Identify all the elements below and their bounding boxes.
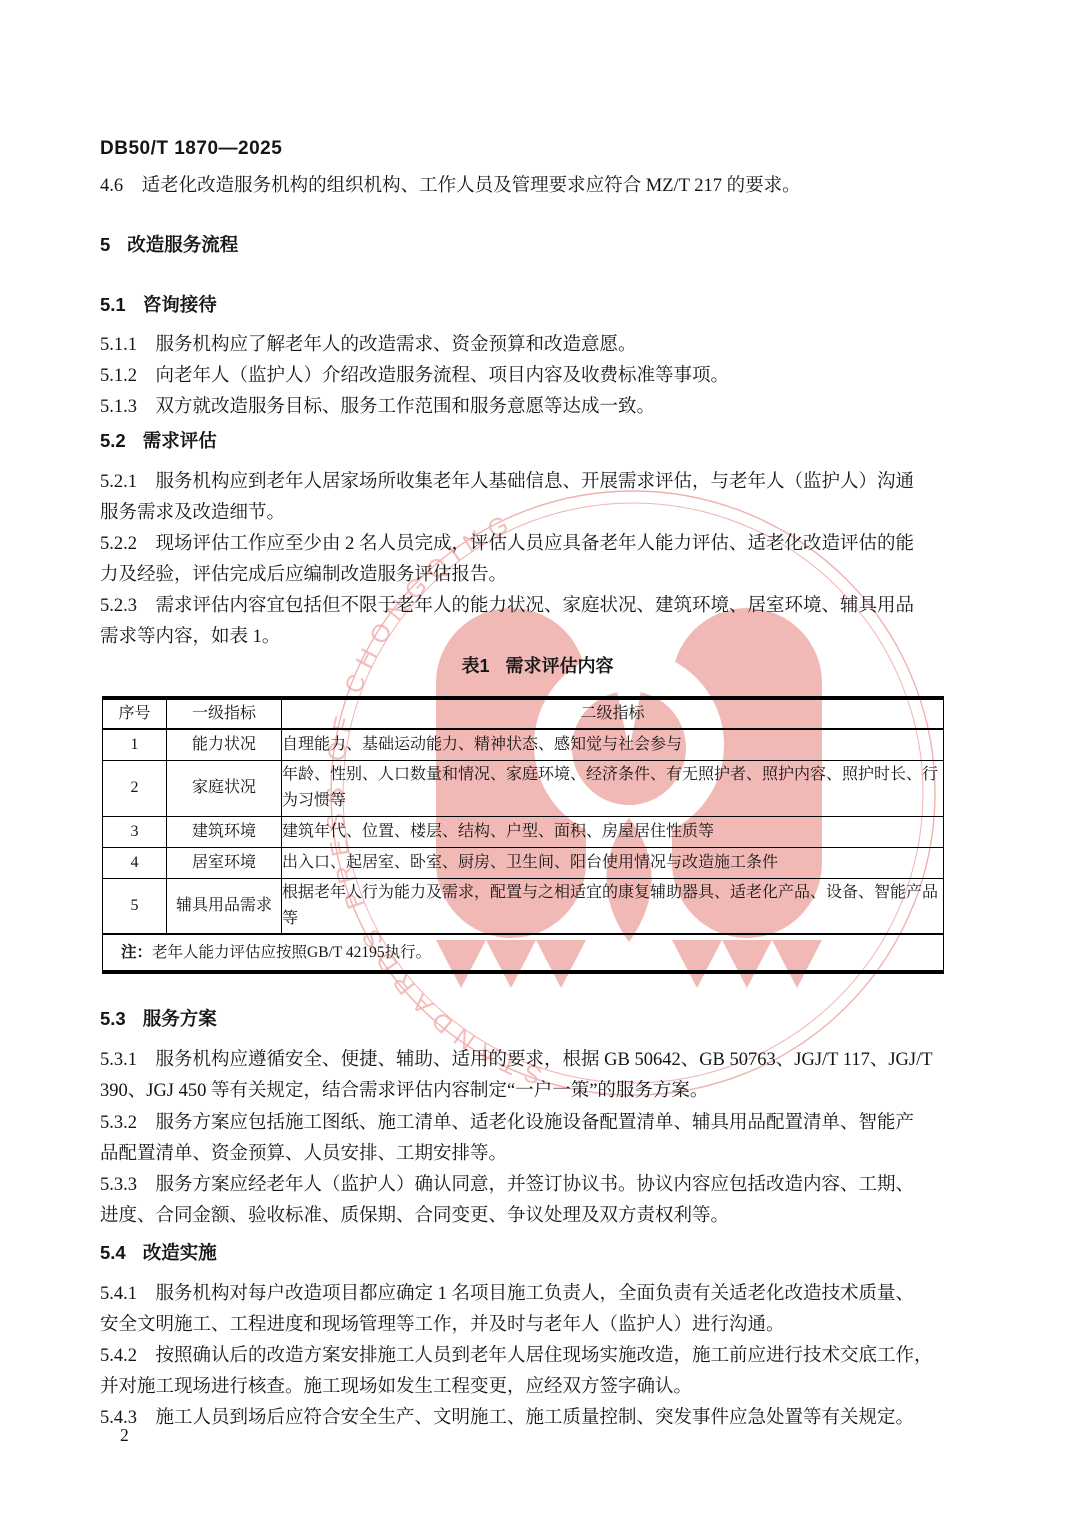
table-1-wrap: 序号 一级指标 二级指标 1 能力状况 自理能力、基础运动能力、精神状态、感知觉…	[100, 696, 975, 974]
text-line: 5.2.2 现场评估工作应至少由 2 名人员完成，评估人员应具备老年人能力评估、…	[100, 529, 975, 560]
section-number: 5.1	[100, 294, 126, 315]
text-line: 5.4.3 施工人员到场后应符合安全生产、文明施工、施工质量控制、突发事件应急处…	[100, 1403, 975, 1434]
table-note-row: 注：老年人能力评估应按照GB/T 42195执行。	[103, 934, 944, 972]
table-row: 2 家庭状况 年龄、性别、人口数量和情况、家庭环境、经济条件、有无照护者、照护内…	[103, 760, 944, 816]
col-header-level2: 二级指标	[282, 698, 944, 729]
section-5-3-heading: 5.3服务方案	[100, 1005, 975, 1031]
clause-5-2-1: 5.2.1 服务机构应到老年人居家场所收集老年人基础信息、开展需求评估，与老年人…	[100, 467, 975, 529]
section-title: 改造实施	[143, 1242, 217, 1263]
cell-level1: 家庭状况	[167, 760, 282, 816]
note-label: 注：	[121, 944, 152, 961]
cell-level2: 年龄、性别、人口数量和情况、家庭环境、经济条件、有无照护者、照护内容、照护时长、…	[282, 760, 944, 816]
table-1-caption: 表1需求评估内容	[100, 652, 975, 678]
cell-level1: 能力状况	[167, 729, 282, 760]
text-line: 390、JGJ 450 等有关规定，结合需求评估内容制定“一户一策”的服务方案。	[100, 1076, 975, 1107]
section-title: 改造服务流程	[127, 234, 238, 255]
doc-code: DB50/T 1870—2025	[100, 138, 975, 160]
text-line: 5.2.1 服务机构应到老年人居家场所收集老年人基础信息、开展需求评估，与老年人…	[100, 467, 975, 498]
table-row: 1 能力状况 自理能力、基础运动能力、精神状态、感知觉与社会参与	[103, 729, 944, 760]
page-number: 2	[120, 1425, 129, 1446]
section-number: 5.4	[100, 1242, 126, 1263]
cell-level2: 建筑年代、位置、楼层、结构、户型、面积、房屋居住性质等	[282, 816, 944, 847]
col-header-level1: 一级指标	[167, 698, 282, 729]
cell-level2: 根据老年人行为能力及需求，配置与之相适宜的康复辅助器具、适老化产品、设备、智能产…	[282, 878, 944, 934]
cell-no: 2	[103, 760, 167, 816]
clause-5-4-3: 5.4.3 施工人员到场后应符合安全生产、文明施工、施工质量控制、突发事件应急处…	[100, 1403, 975, 1434]
table-row: 4 居室环境 出入口、起居室、卧室、厨房、卫生间、阳台使用情况与改造施工条件	[103, 847, 944, 878]
text-line: 安全文明施工、工程进度和现场管理等工作，并及时与老年人（监护人）进行沟通。	[100, 1310, 975, 1341]
text-line: 品配置清单、资金预算、人员安排、工期安排等。	[100, 1139, 975, 1170]
cell-no: 1	[103, 729, 167, 760]
cell-level1: 居室环境	[167, 847, 282, 878]
col-header-seq: 序号	[103, 698, 167, 729]
clause-5-3-3: 5.3.3 服务方案应经老年人（监护人）确认同意，并签订协议书。协议内容应包括改…	[100, 1170, 975, 1232]
clauses-5-1: 5.1.1 服务机构应了解老年人的改造需求、资金预算和改造意愿。5.1.2 向老…	[100, 330, 975, 423]
document-page: STANDARDS PRESS OF CHONGQING DB5	[0, 0, 1074, 1520]
cell-level1: 辅具用品需求	[167, 878, 282, 934]
table-label: 表1	[461, 656, 489, 676]
cell-level1: 建筑环境	[167, 816, 282, 847]
text-line: 5.3.3 服务方案应经老年人（监护人）确认同意，并签订协议书。协议内容应包括改…	[100, 1170, 975, 1201]
text-line: 并对施工现场进行核查。施工现场如发生工程变更，应经双方签字确认。	[100, 1372, 975, 1403]
section-title: 需求评估	[143, 430, 217, 451]
section-5-2-heading: 5.2需求评估	[100, 427, 975, 453]
clause-5-4-2: 5.4.2 按照确认后的改造方案安排施工人员到老年人居住现场实施改造，施工前应进…	[100, 1341, 975, 1403]
clause-5-2-2: 5.2.2 现场评估工作应至少由 2 名人员完成，评估人员应具备老年人能力评估、…	[100, 529, 975, 591]
text-line: 力及经验，评估完成后应编制改造服务评估报告。	[100, 560, 975, 591]
table-title: 需求评估内容	[506, 656, 614, 676]
note-text: 老年人能力评估应按照GB/T 42195执行。	[152, 944, 431, 961]
text-line: 5.1.2 向老年人（监护人）介绍改造服务流程、项目内容及收费标准等事项。	[100, 361, 975, 392]
cell-no: 3	[103, 816, 167, 847]
cell-level2: 自理能力、基础运动能力、精神状态、感知觉与社会参与	[282, 729, 944, 760]
section-title: 服务方案	[143, 1008, 217, 1029]
section-5-1-heading: 5.1咨询接待	[100, 291, 975, 317]
clause-5-3-2: 5.3.2 服务方案应包括施工图纸、施工清单、适老化设施设备配置清单、辅具用品配…	[100, 1108, 975, 1170]
section-title: 咨询接待	[143, 294, 217, 315]
text-line: 4.6 适老化改造服务机构的组织机构、工作人员及管理要求应符合 MZ/T 217…	[100, 171, 975, 202]
clause-5-2-3: 5.2.3 需求评估内容宜包括但不限于老年人的能力状况、家庭状况、建筑环境、居室…	[100, 591, 975, 653]
text-line: 5.1.3 双方就改造服务目标、服务工作范围和服务意愿等达成一致。	[100, 392, 975, 423]
text-line: 5.3.2 服务方案应包括施工图纸、施工清单、适老化设施设备配置清单、辅具用品配…	[100, 1108, 975, 1139]
text-line: 服务需求及改造细节。	[100, 498, 975, 529]
text-line: 进度、合同金额、验收标准、质保期、合同变更、争议处理及双方责权利等。	[100, 1201, 975, 1232]
text-line: 5.1.1 服务机构应了解老年人的改造需求、资金预算和改造意愿。	[100, 330, 975, 361]
table-header-row: 序号 一级指标 二级指标	[103, 698, 944, 729]
text-line: 5.4.1 服务机构对每户改造项目都应确定 1 名项目施工负责人，全面负责有关适…	[100, 1279, 975, 1310]
section-number: 5.2	[100, 430, 126, 451]
table-row: 5 辅具用品需求 根据老年人行为能力及需求，配置与之相适宜的康复辅助器具、适老化…	[103, 878, 944, 934]
text-line: 5.4.2 按照确认后的改造方案安排施工人员到老年人居住现场实施改造，施工前应进…	[100, 1341, 975, 1372]
cell-level2: 出入口、起居室、卧室、厨房、卫生间、阳台使用情况与改造施工条件	[282, 847, 944, 878]
clause-5-3-1: 5.3.1 服务机构应遵循安全、便捷、辅助、适用的要求，根据 GB 50642、…	[100, 1045, 975, 1107]
section-number: 5.3	[100, 1008, 126, 1029]
text-line: 5.2.3 需求评估内容宜包括但不限于老年人的能力状况、家庭状况、建筑环境、居室…	[100, 591, 975, 622]
section-5-4-heading: 5.4改造实施	[100, 1239, 975, 1265]
text-line: 5.3.1 服务机构应遵循安全、便捷、辅助、适用的要求，根据 GB 50642、…	[100, 1045, 975, 1076]
section-5-heading: 5改造服务流程	[100, 231, 975, 257]
clause-5-4-1: 5.4.1 服务机构对每户改造项目都应确定 1 名项目施工负责人，全面负责有关适…	[100, 1279, 975, 1341]
table-row: 3 建筑环境 建筑年代、位置、楼层、结构、户型、面积、房屋居住性质等	[103, 816, 944, 847]
clause-4-6: 4.6 适老化改造服务机构的组织机构、工作人员及管理要求应符合 MZ/T 217…	[100, 171, 975, 202]
cell-no: 4	[103, 847, 167, 878]
table-note: 注：老年人能力评估应按照GB/T 42195执行。	[103, 934, 944, 972]
section-number: 5	[100, 234, 110, 255]
table-1: 序号 一级指标 二级指标 1 能力状况 自理能力、基础运动能力、精神状态、感知觉…	[102, 696, 944, 974]
cell-no: 5	[103, 878, 167, 934]
text-line: 需求等内容，如表 1。	[100, 622, 975, 653]
